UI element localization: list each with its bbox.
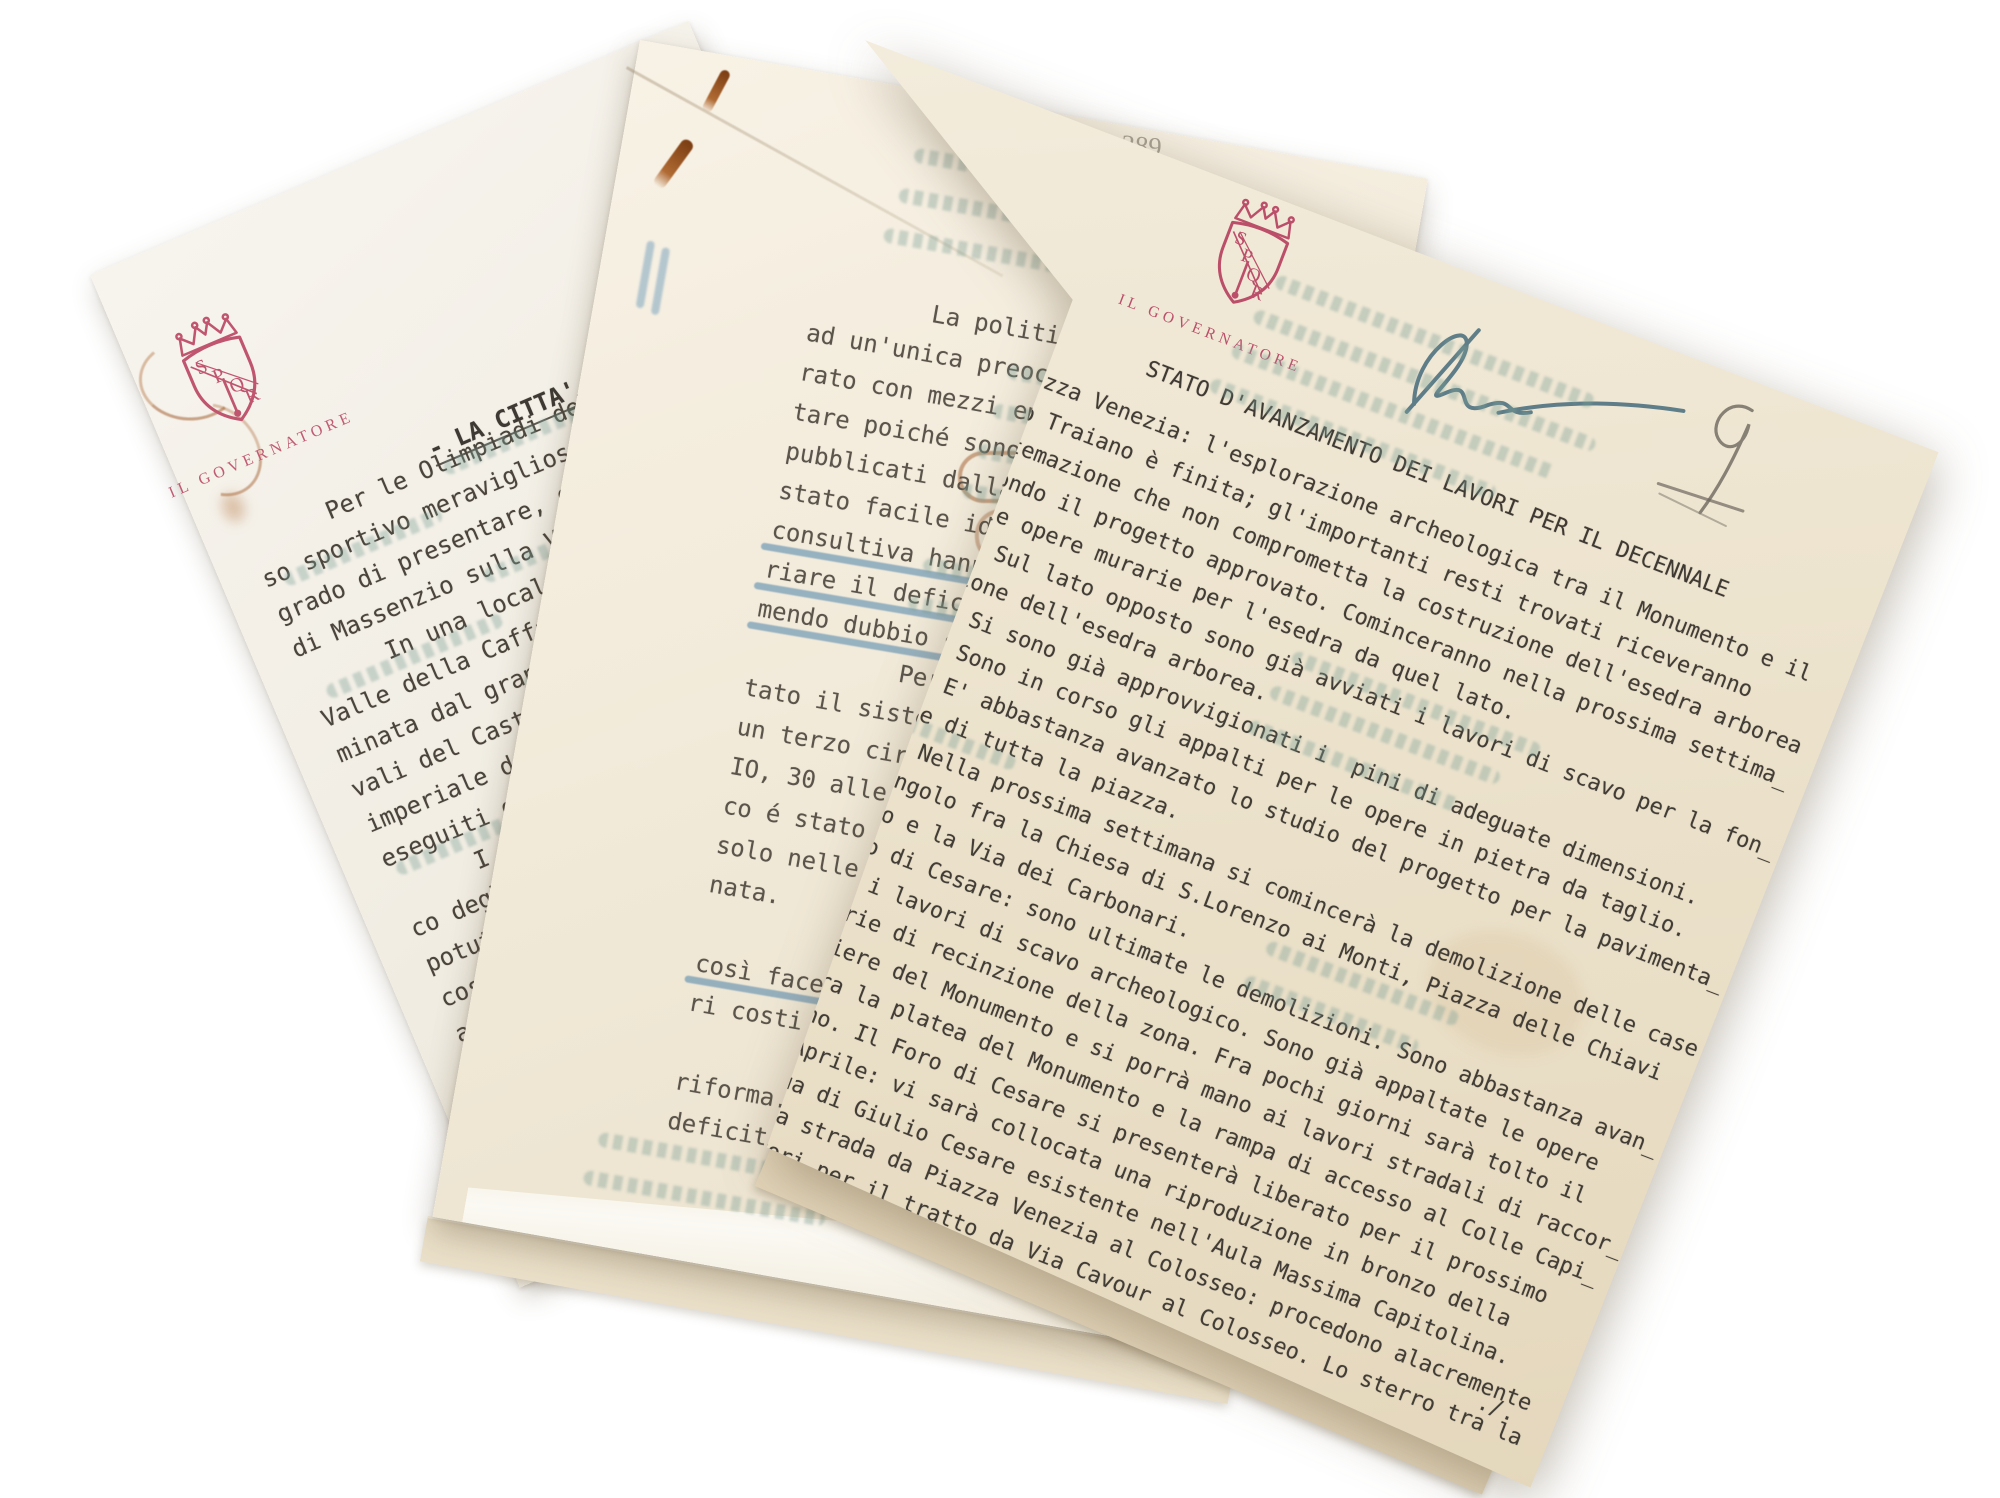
document-page-right-wrapper: S P Q R IL GOVERNATORE [0,0,2000,1498]
spqr-crest-icon: S P Q R [1185,186,1315,333]
photo-background: S P Q R IL GOVERNATORE - LA CITTA' OLIMP… [0,0,2000,1498]
paper-stain [952,206,1001,247]
document-page-right: S P Q R IL GOVERNATORE [462,40,1948,1498]
